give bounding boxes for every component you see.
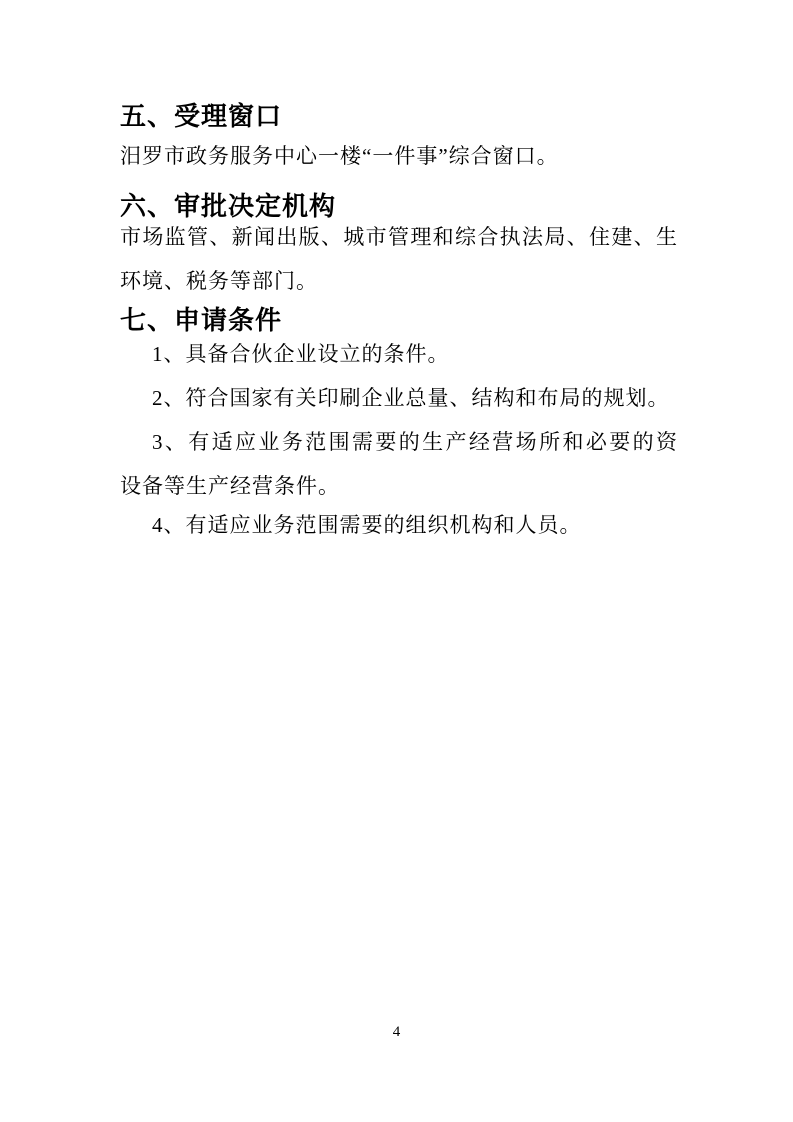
body-line: 汨罗市政务服务中心一楼“一件事”综合窗口。 (120, 134, 678, 178)
document-page: 五、受理窗口 汨罗市政务服务中心一楼“一件事”综合窗口。 六、审批决定机构 市场… (0, 0, 793, 1122)
list-item-line: 1、具备合伙企业设立的条件。 (120, 332, 678, 376)
body-line: 环境、税务等部门。 (120, 259, 678, 303)
list-item-line: 4、有适应业务范围需要的组织机构和人员。 (120, 503, 678, 547)
section-heading-7-application-conditions: 七、申请条件 (120, 305, 678, 335)
list-item-line: 2、符合国家有关印刷企业总量、结构和布局的规划。 (120, 376, 678, 420)
list-item-line-continuation: 设备等生产经营条件。 (120, 464, 678, 508)
list-item-line: 3、有适应业务范围需要的生产经营场所和必要的资金、 (120, 420, 678, 464)
section-heading-5-acceptance-window: 五、受理窗口 (120, 101, 678, 131)
document-content: 五、受理窗口 汨罗市政务服务中心一楼“一件事”综合窗口。 六、审批决定机构 市场… (0, 0, 793, 1122)
body-line: 市场监管、新闻出版、城市管理和综合执法局、住建、生态 (120, 215, 678, 259)
page-number: 4 (0, 1022, 793, 1042)
